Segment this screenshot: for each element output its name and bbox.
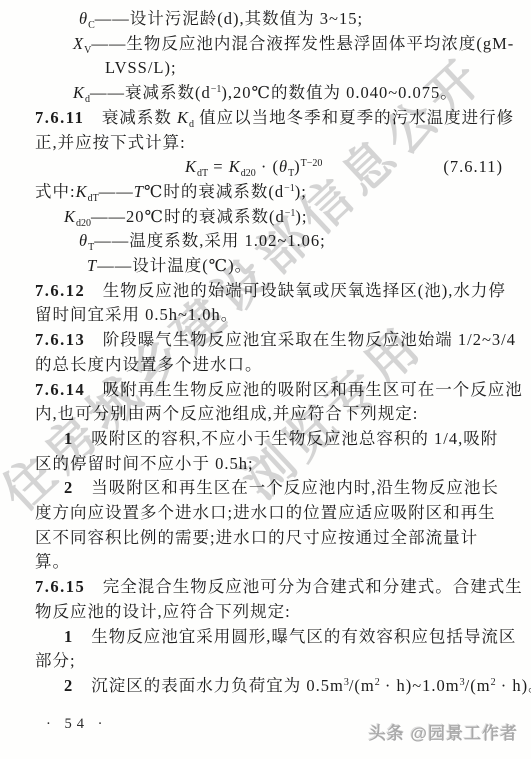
def-line-kd: Kd——衰减系数(d−1),20℃的数值为 0.040~0.075。 <box>35 81 505 106</box>
sec-7-6-14-item1-l1: 1 吸附区的容积,不应小于生物反应池总容积的 1/4,吸附 <box>35 427 505 452</box>
sec-7-6-14-item2-l3: 区不同容积比例的需要;进水口的尺寸应按通过全部流量计 <box>35 526 505 551</box>
document-page: 住房城乡建设部信息公开 浏览专用 θC——设计污泥龄(d),其数值为 3~15;… <box>0 0 531 759</box>
formula-expression: KdT = Kd20 · (θT)T−20 <box>185 157 322 176</box>
sec-7-6-15-item1-l1: 1 生物反应池宜采用圆形,曝气区的有效容积应包括导流区 <box>35 625 505 650</box>
sec-7-6-13-line-1: 7.6.13 阶段曝气生物反应池宜采取在生物反应池始端 1/2~3/4 <box>35 328 505 353</box>
sec-7-6-14-item2-l2: 度方向应设置多个进水口;进水口的位置应适应吸附区和再生 <box>35 501 505 526</box>
sec-7-6-11-line-2: 正,并应按下式计算: <box>35 131 505 156</box>
sec-7-6-12-line-2: 留时间宜采用 0.5h~1.0h。 <box>35 303 505 328</box>
sec-7-6-13-line-2: 的总长度内设置多个进水口。 <box>35 353 505 378</box>
sec-7-6-14-line-2: 内,也可分别由两个反应池组成,并应符合下列规定: <box>35 402 505 427</box>
sec-7-6-14-item2-l4: 算。 <box>35 550 505 575</box>
sec-7-6-15-item2: 2 沉淀区的表面水力负荷宜为 0.5m3/(m2 · h)~1.0m3/(m2 … <box>35 674 505 699</box>
formula-number: (7.6.11) <box>443 155 503 180</box>
where-kd20-line: Kd20——20℃时的衰减系数(d−1); <box>35 205 505 230</box>
formula-7-6-11: KdT = Kd20 · (θT)T−20 (7.6.11) <box>35 155 505 180</box>
def-line-xv-cont: LVSS/L); <box>35 56 505 81</box>
page-number: · 54 · <box>46 716 107 733</box>
def-line-xv: XV——生物反应池内混合液挥发性悬浮固体平均浓度(gM- <box>35 32 505 57</box>
page-body-text: θC——设计污泥龄(d),其数值为 3~15; XV——生物反应池内混合液挥发性… <box>35 7 505 699</box>
where-t-line: T——设计温度(℃)。 <box>35 254 505 279</box>
sec-7-6-11-line-1: 7.6.11 衰减系数 Kd 值应以当地冬季和夏季的污水温度进行修 <box>35 106 505 131</box>
sec-7-6-14-item1-l2: 区的停留时间不应小于 0.5h; <box>35 452 505 477</box>
def-line-theta-c: θC——设计污泥龄(d),其数值为 3~15; <box>35 7 505 32</box>
sec-7-6-14-item2-l1: 2 当吸附区和再生区在一个反应池内时,沿生物反应池长 <box>35 476 505 501</box>
toutiao-watermark: 头条 @园景工作者 <box>369 719 518 744</box>
sec-7-6-12-line-1: 7.6.12 生物反应池的始端可设缺氧或厌氧选择区(池),水力停 <box>35 279 505 304</box>
sec-7-6-15-line-1: 7.6.15 完全混合生物反应池可分为合建式和分建式。合建式生 <box>35 575 505 600</box>
where-theta-t-line: θT——温度系数,采用 1.02~1.06; <box>35 229 505 254</box>
sec-7-6-14-line-1: 7.6.14 吸附再生生物反应池的吸附区和再生区可在一个反应池 <box>35 378 505 403</box>
sec-7-6-15-item1-l2: 部分; <box>35 649 505 674</box>
where-kdt-line: 式中:KdT——T℃时的衰减系数(d−1); <box>35 180 505 205</box>
sec-7-6-15-line-2: 物反应池的设计,应符合下列规定: <box>35 600 505 625</box>
